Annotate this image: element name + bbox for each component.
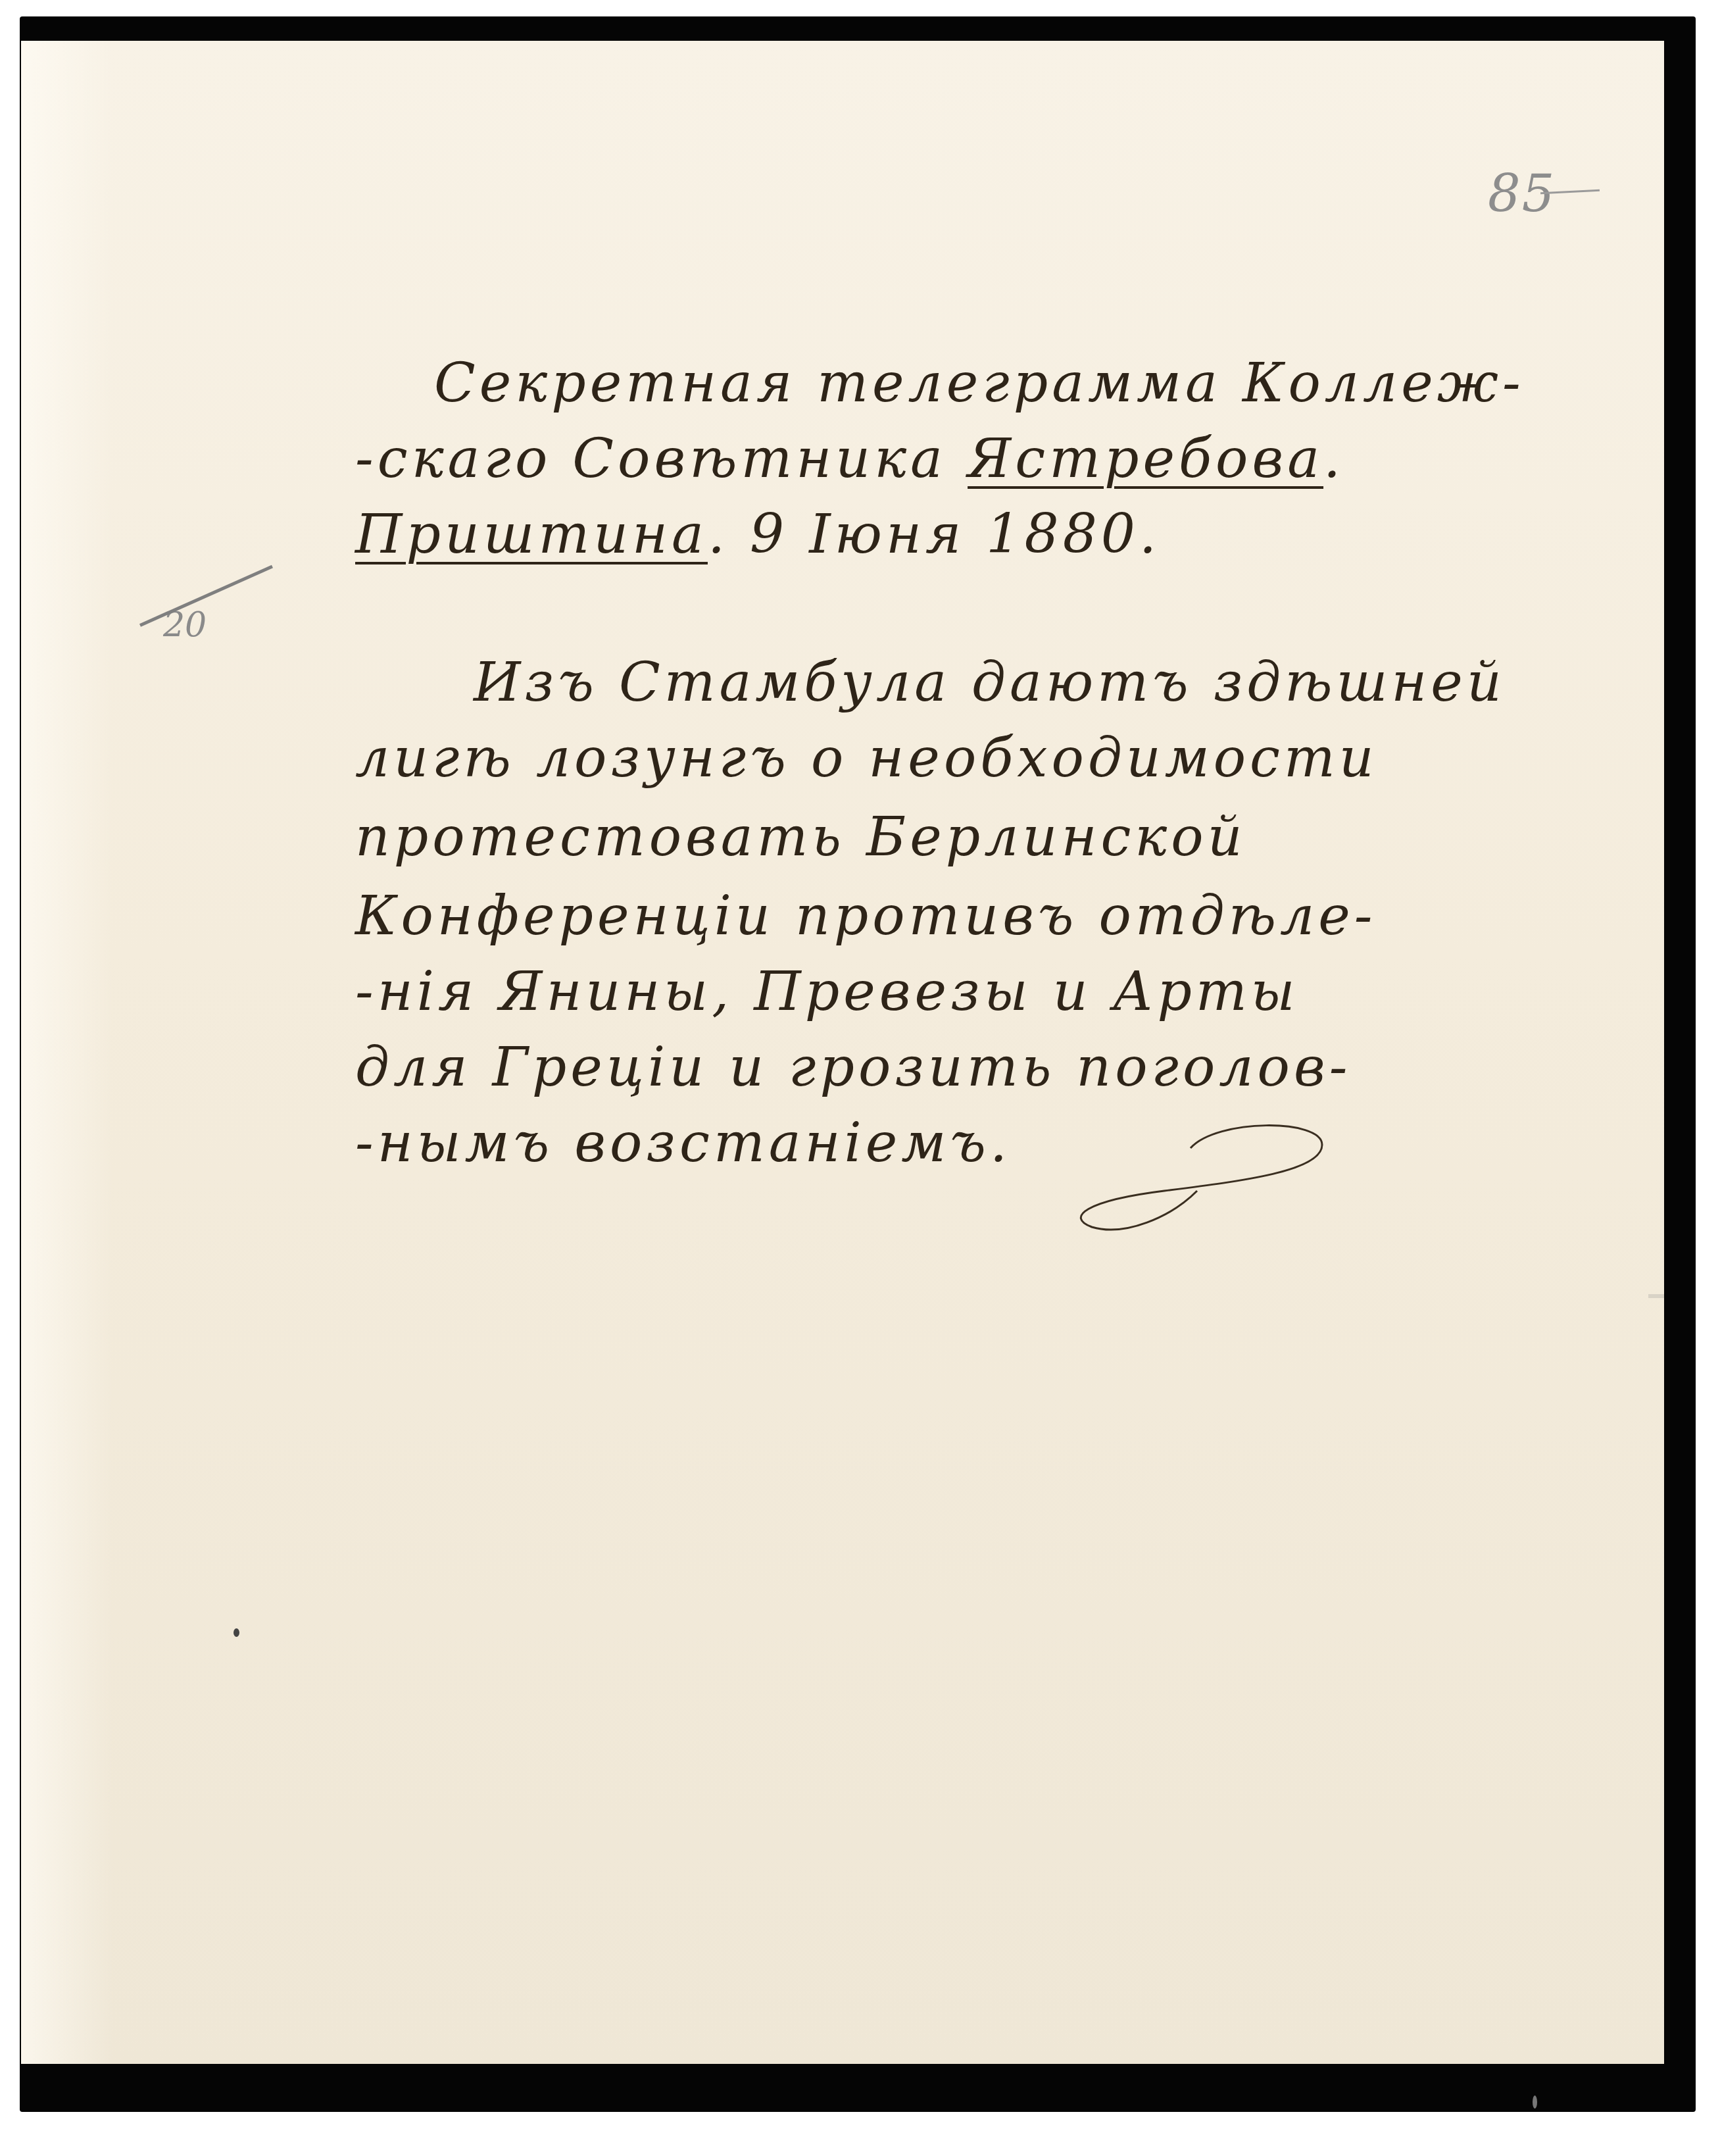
heading-line-3: Приштина. 9 Iюня 1880. — [355, 503, 1160, 566]
ink-spot — [1533, 2095, 1537, 2109]
heading-line-2-suffix: . — [1323, 428, 1344, 490]
folio-number-pencil: 85 — [1488, 164, 1556, 224]
edge-tear — [1648, 1294, 1664, 1298]
place-name: Приштина — [355, 503, 708, 566]
body-line-6: для Греціи и грозить поголов- — [355, 1036, 1351, 1099]
heading-line-1: Секретная телеграмма Коллеж- — [434, 352, 1525, 414]
body-line-1: Изъ Стамбула даютъ здѣшней — [474, 651, 1506, 714]
old-folio-number-struck: 20 — [163, 605, 207, 645]
date-text: . 9 Iюня 1880. — [708, 503, 1160, 566]
sender-name: Ястребова — [968, 428, 1323, 490]
body-line-4: Конференціи противъ отдѣле- — [355, 885, 1376, 947]
ink-spot — [233, 1628, 239, 1637]
body-line-2: лигѣ лозунгъ о необходимости — [355, 727, 1378, 790]
heading-line-2-prefix: -скаго Совѣтника — [355, 428, 968, 490]
heading-line-2: -скаго Совѣтника Ястребова. — [355, 428, 1344, 490]
closing-flourish — [1046, 1118, 1362, 1237]
body-line-3: протестовать Берлинской — [355, 806, 1246, 868]
body-line-5: -нія Янины, Превезы и Арты — [355, 961, 1299, 1023]
body-line-7: -нымъ возстаніемъ. — [355, 1112, 1011, 1174]
